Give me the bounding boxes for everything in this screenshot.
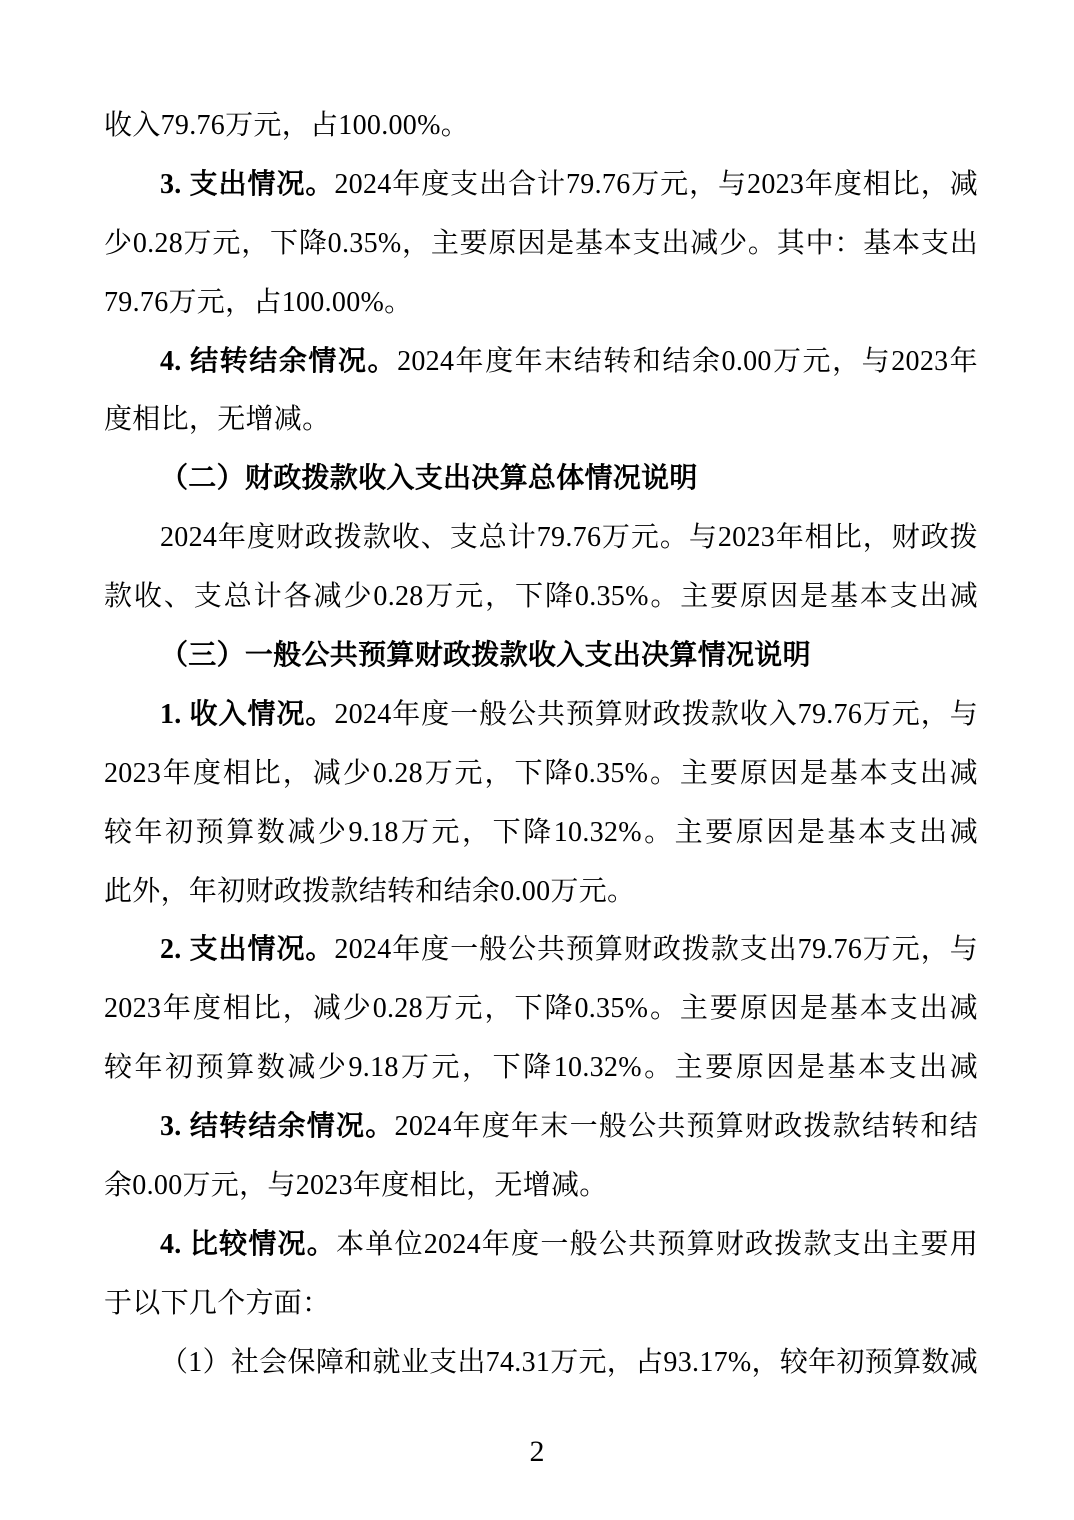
text-run: 余0.00万元，与2023年度相比，无增减。 [104, 1170, 608, 1201]
text-run: 2024年度年末一般公共预算财政拨款结转和结 [395, 1111, 978, 1142]
text-run: （1）社会保障和就业支出74.31万元，占93.17%，较年初预算数减 [160, 1347, 978, 1378]
text-run: 度相比，无增减。 [104, 404, 330, 435]
bold-lead-in: 4. 结转结余情况。 [160, 346, 397, 377]
text-run: 较年初预算数减少9.18万元，下降10.32%。主要原因是基本支出减少。 [104, 1052, 978, 1098]
bold-lead-in: 2. 支出情况。 [160, 934, 334, 965]
text-line: 3. 支出情况。2024年度支出合计79.76万元，与2023年度相比，减 [104, 156, 978, 215]
bold-lead-in: （三）一般公共预算财政拨款收入支出决算情况说明 [160, 640, 811, 671]
text-run: 2024年度一般公共预算财政拨款收入79.76万元，与 [334, 699, 978, 730]
bold-lead-in: 1. 收入情况。 [160, 699, 334, 730]
text-line: 2023年度相比，减少0.28万元，下降0.35%。主要原因是基本支出减少。 [104, 980, 978, 1039]
text-run: 本单位2024年度一般公共预算财政拨款支出主要用 [336, 1229, 978, 1260]
text-run: 款收、支总计各减少0.28万元，下降0.35%。主要原因是基本支出减少。 [104, 581, 978, 627]
text-run: 少0.28万元，下降0.35%，主要原因是基本支出减少。其中：基本支出 [104, 228, 978, 259]
text-line: 2023年度相比，减少0.28万元，下降0.35%。主要原因是基本支出减少。 [104, 745, 978, 804]
text-run: 于以下几个方面： [104, 1288, 330, 1319]
text-line: 少0.28万元，下降0.35%，主要原因是基本支出减少。其中：基本支出 [104, 215, 978, 274]
document-page: 收入79.76万元，占100.00%。3. 支出情况。2024年度支出合计79.… [0, 0, 1074, 1520]
text-line: 此外，年初财政拨款结转和结余0.00万元。 [104, 863, 978, 922]
text-run: 2023年度相比，减少0.28万元，下降0.35%。主要原因是基本支出减少。 [104, 758, 978, 804]
bold-lead-in: 3. 支出情况。 [160, 169, 334, 200]
text-line: （1）社会保障和就业支出74.31万元，占93.17%，较年初预算数减 [104, 1334, 978, 1393]
page-number: 2 [0, 1436, 1074, 1468]
bold-lead-in: 3. 结转结余情况。 [160, 1111, 395, 1142]
text-run: 79.76万元，占100.00%。 [104, 287, 412, 318]
document-body: 收入79.76万元，占100.00%。3. 支出情况。2024年度支出合计79.… [104, 97, 978, 1393]
text-line: 1. 收入情况。2024年度一般公共预算财政拨款收入79.76万元，与 [104, 686, 978, 745]
text-run: 2024年度财政拨款收、支总计79.76万元。与2023年相比，财政拨 [160, 522, 978, 553]
text-line: 余0.00万元，与2023年度相比，无增减。 [104, 1157, 978, 1216]
text-line: 2. 支出情况。2024年度一般公共预算财政拨款支出79.76万元，与 [104, 921, 978, 980]
text-line: 于以下几个方面： [104, 1275, 978, 1334]
text-line: 2024年度财政拨款收、支总计79.76万元。与2023年相比，财政拨 [104, 509, 978, 568]
text-line: 4. 比较情况。本单位2024年度一般公共预算财政拨款支出主要用 [104, 1216, 978, 1275]
text-run: 2024年度支出合计79.76万元，与2023年度相比，减 [334, 169, 978, 200]
text-line: 款收、支总计各减少0.28万元，下降0.35%。主要原因是基本支出减少。 [104, 568, 978, 627]
text-line: 较年初预算数减少9.18万元，下降10.32%。主要原因是基本支出减少。 [104, 1039, 978, 1098]
text-line: 79.76万元，占100.00%。 [104, 274, 978, 333]
text-line: 度相比，无增减。 [104, 391, 978, 450]
bold-lead-in: 4. 比较情况。 [160, 1229, 336, 1260]
text-line: 收入79.76万元，占100.00%。 [104, 97, 978, 156]
text-line: 4. 结转结余情况。2024年度年末结转和结余0.00万元，与2023年 [104, 333, 978, 392]
text-line: 较年初预算数减少9.18万元，下降10.32%。主要原因是基本支出减少。 [104, 804, 978, 863]
text-run: 较年初预算数减少9.18万元，下降10.32%。主要原因是基本支出减少。 [104, 817, 978, 863]
text-run: 此外，年初财政拨款结转和结余0.00万元。 [104, 876, 635, 907]
text-run: 2023年度相比，减少0.28万元，下降0.35%。主要原因是基本支出减少。 [104, 993, 978, 1039]
bold-lead-in: （二）财政拨款收入支出决算总体情况说明 [160, 463, 698, 494]
section-heading: （三）一般公共预算财政拨款收入支出决算情况说明 [104, 627, 978, 686]
section-heading: （二）财政拨款收入支出决算总体情况说明 [104, 450, 978, 509]
text-run: 2024年度年末结转和结余0.00万元，与2023年 [397, 346, 978, 377]
text-line: 3. 结转结余情况。2024年度年末一般公共预算财政拨款结转和结 [104, 1098, 978, 1157]
text-run: 收入79.76万元，占100.00%。 [104, 110, 469, 141]
text-run: 2024年度一般公共预算财政拨款支出79.76万元，与 [334, 934, 978, 965]
